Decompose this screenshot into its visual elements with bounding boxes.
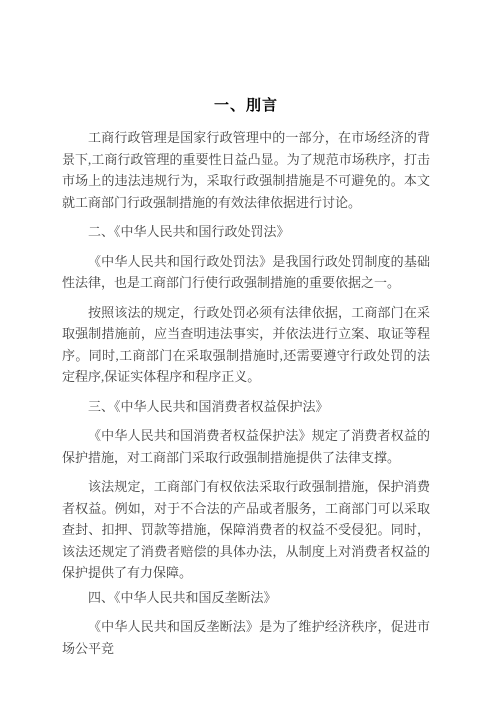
document-title: 一、刖言 bbox=[62, 96, 430, 116]
paragraph-procedure: 按照该法的规定，行政处罚必须有法律依据，工商部门在采取强制措施前，应当查明违法事… bbox=[62, 302, 430, 388]
paragraph-consumer-measures: 该法规定，工商部门有权依法采取行政强制措施，保护消费者权益。例如，对于不合法的产… bbox=[62, 476, 430, 584]
paragraph-intro: 工商行政管理是国家行政管理中的一部分，在市场经济的背景下,工商行政管理的重要性日… bbox=[62, 127, 430, 213]
section-heading-4: 四、《中华人民共和国反垄断法》 bbox=[62, 587, 430, 609]
document-page: 一、刖言 工商行政管理是国家行政管理中的一部分，在市场经济的背景下,工商行政管理… bbox=[0, 0, 496, 702]
paragraph-antimonopoly: 《中华人民共和国反垄断法》是为了维护经济秩序，促进市场公平竞 bbox=[62, 616, 430, 659]
section-heading-2: 二、《中华人民共和国行政处罚法》 bbox=[62, 221, 430, 243]
section-heading-3: 三、《中华人民共和国消费者权益保护法》 bbox=[62, 396, 430, 418]
paragraph-consumer-law: 《中华人民共和国消费者权益保护法》规定了消费者权益的保护措施，对工商部门采取行政… bbox=[62, 425, 430, 468]
paragraph-law-basis: 《中华人民共和国行政处罚法》是我国行政处罚制度的基础性法律，也是工商部门行使行政… bbox=[62, 251, 430, 294]
